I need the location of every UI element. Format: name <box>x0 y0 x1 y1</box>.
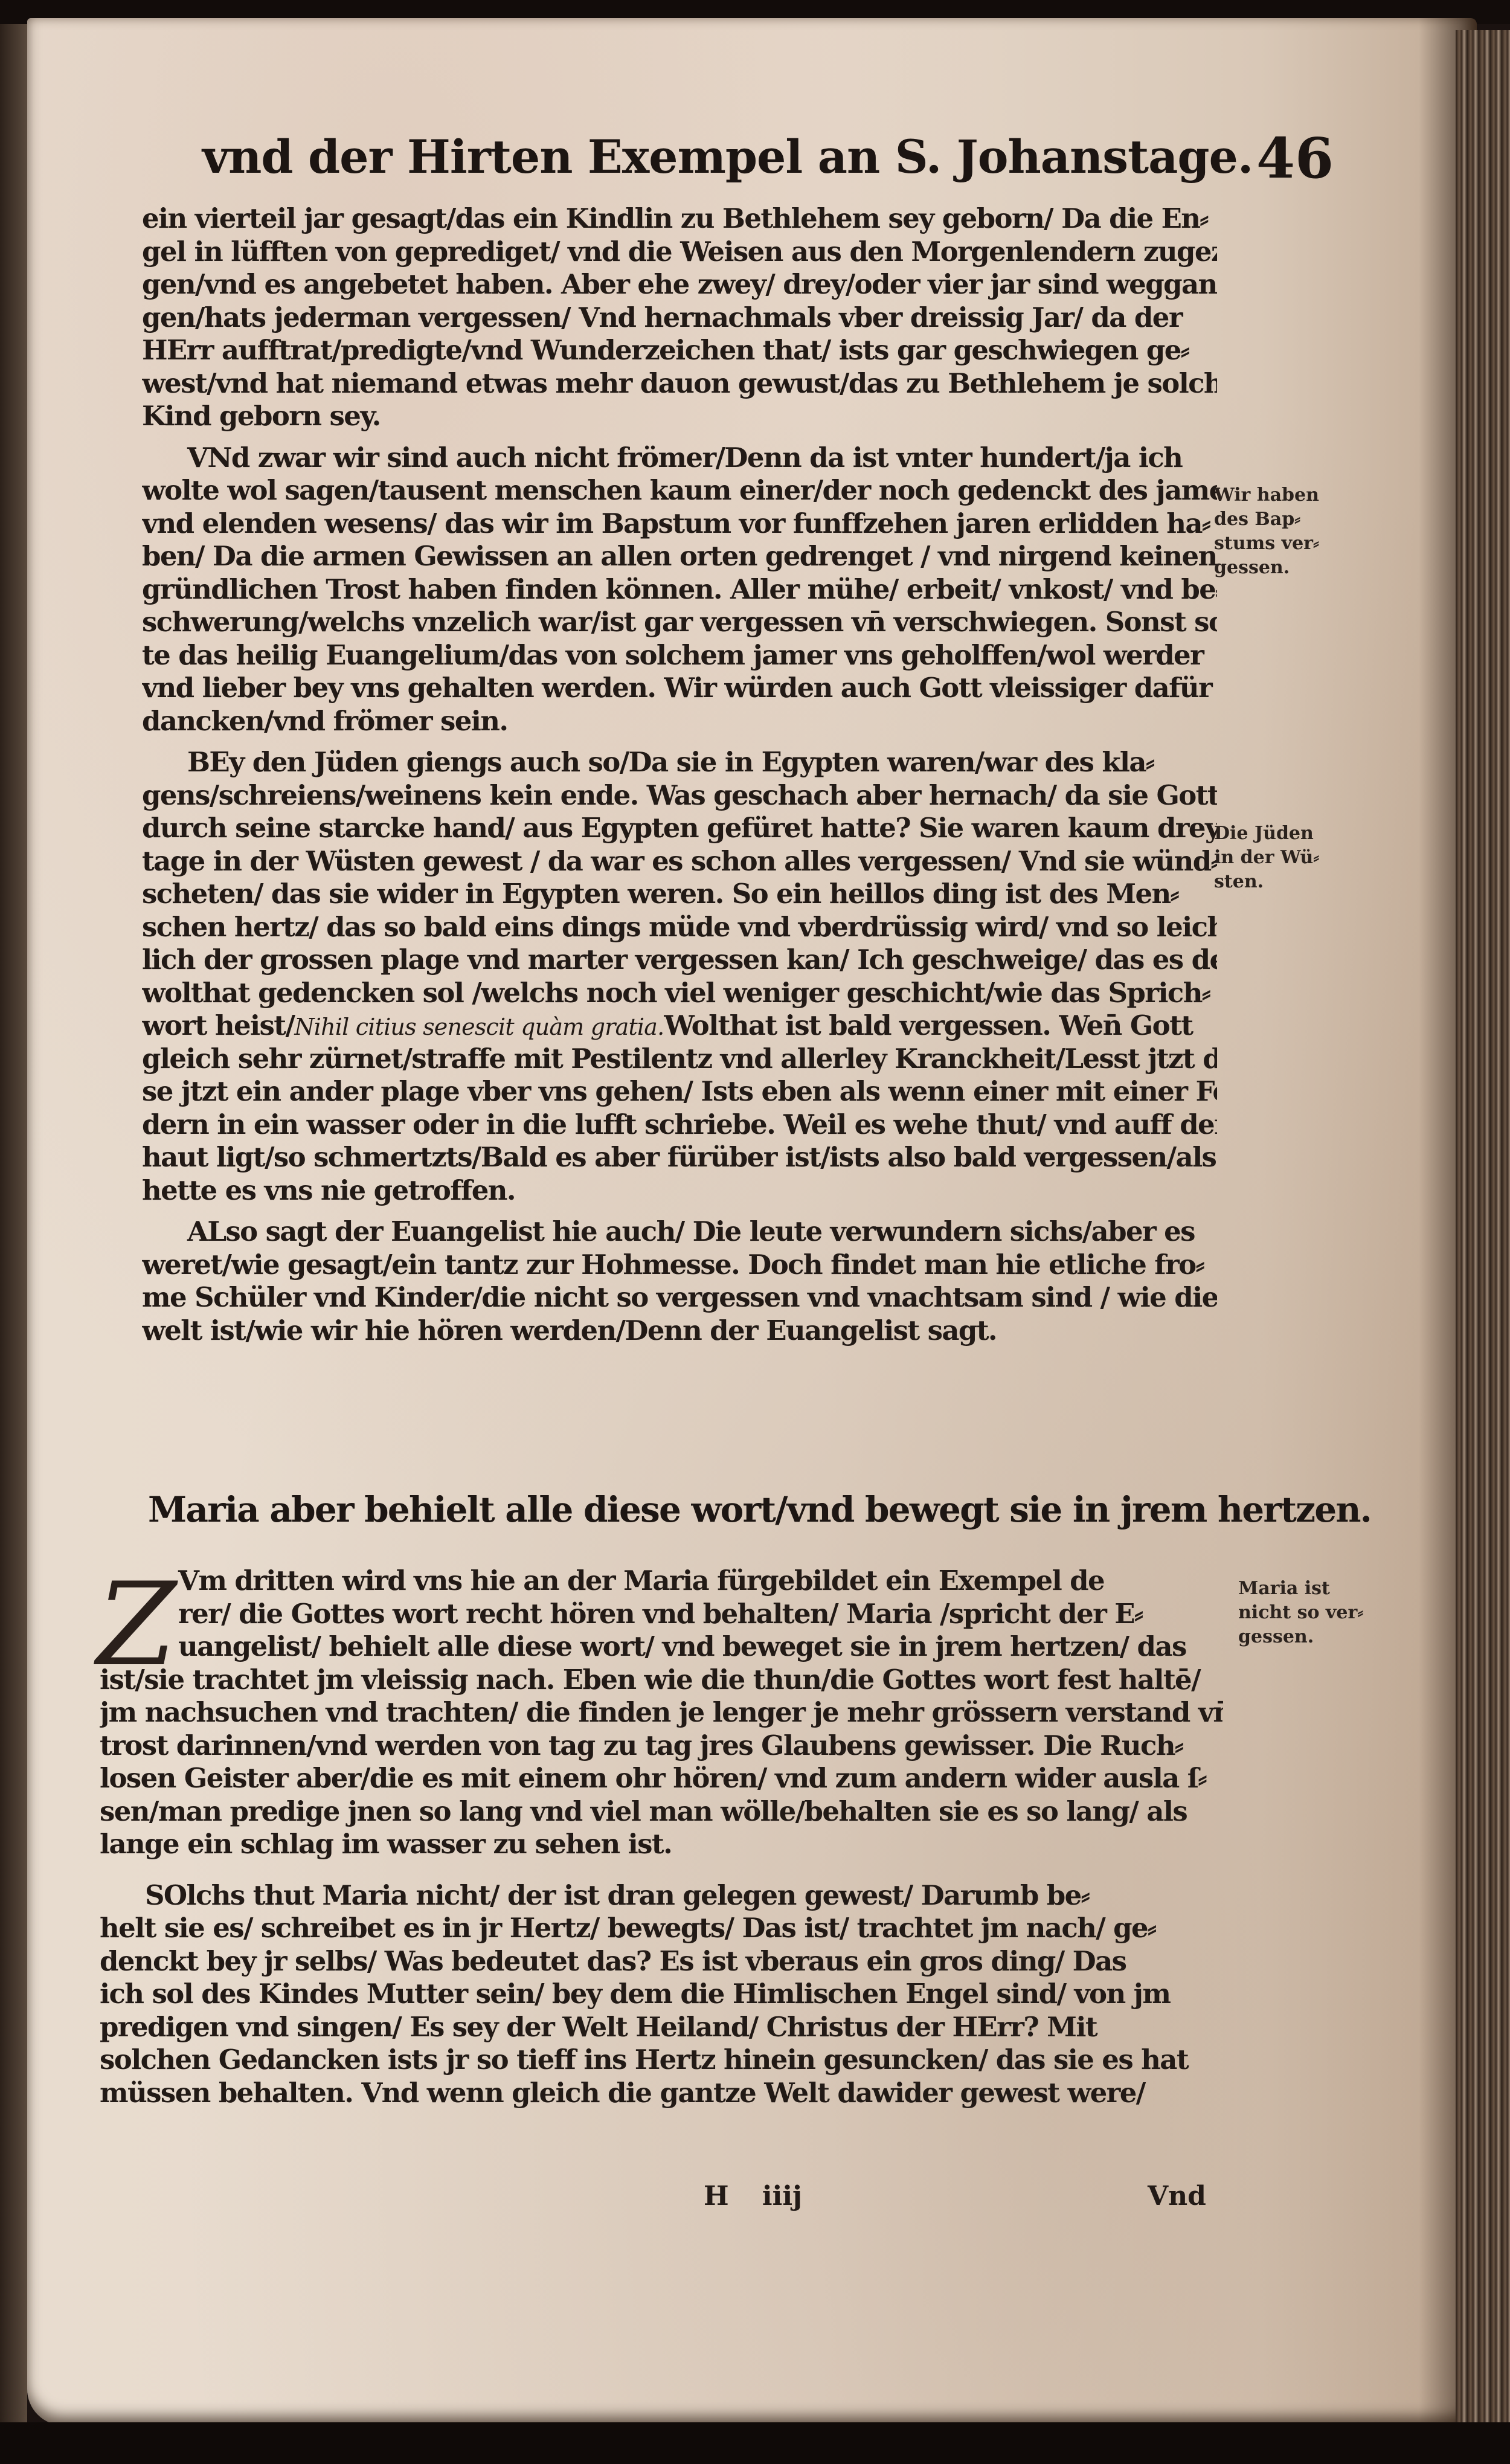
page-fore-edges <box>1456 30 1510 2422</box>
text-line: se jtzt ein ander plage vber vns gehen/ … <box>142 1075 1217 1108</box>
paragraph: VNd zwar wir sind auch nicht frömer/Denn… <box>142 442 1217 738</box>
text-line: ich sol des Kindes Mutter sein/ bey dem … <box>100 1978 1223 2011</box>
text-line: VNd zwar wir sind auch nicht frömer/Denn… <box>142 442 1217 475</box>
text-line: scheten/ das sie wider in Egypten weren.… <box>142 878 1217 911</box>
text-line: wolthat gedencken sol /welchs noch viel … <box>142 977 1217 1010</box>
text-line: rer/ die Gottes wort recht hören vnd beh… <box>100 1598 1223 1631</box>
paragraph: ein vierteil jar gesagt/das ein Kindlin … <box>142 202 1217 433</box>
margin-line: stums ver⸗ <box>1214 532 1365 556</box>
text-line: Vm dritten wird vns hie an der Maria für… <box>100 1565 1223 1598</box>
text-line: west/vnd hat niemand etwas mehr dauon ge… <box>142 367 1217 400</box>
text-line: gen/hats jederman vergessen/ Vnd hernach… <box>142 301 1217 335</box>
paragraph: Vm dritten wird vns hie an der Maria für… <box>100 1565 1223 1861</box>
margin-line: Maria ist <box>1238 1577 1389 1601</box>
text-line: weret/wie gesagt/ein tantz zur Hohmesse.… <box>142 1249 1217 1282</box>
text-line: te das heilig Euangelium/das von solchem… <box>142 639 1217 672</box>
text-line: trost darinnen/vnd werden von tag zu tag… <box>100 1729 1223 1763</box>
text-line: hette es vns nie getroffen. <box>142 1174 1217 1208</box>
text-line: SOlchs thut Maria nicht/ der ist dran ge… <box>100 1879 1223 1912</box>
signature-mark: H iiij <box>704 2181 802 2211</box>
text-line: me Schüler vnd Kinder/die nicht so verge… <box>142 1281 1217 1314</box>
text-line: gen/vnd es angebetet haben. Aber ehe zwe… <box>142 268 1217 301</box>
running-header: vnd der Hirten Exempel an S. Johanstage. <box>202 130 1229 202</box>
text-line: losen Geister aber/die es mit einem ohr … <box>100 1762 1223 1795</box>
margin-line: des Bap⸗ <box>1214 507 1365 532</box>
text-line: gel in lüfften von geprediget/ vnd die W… <box>142 236 1217 269</box>
margin-line: nicht so ver⸗ <box>1238 1601 1389 1625</box>
scan-bottom-background <box>0 2422 1510 2464</box>
margin-line: in der Wü⸗ <box>1214 846 1365 870</box>
text-line: denckt bey jr selbs/ Was bedeutet das? E… <box>100 1945 1223 1978</box>
text-line: müssen behalten. Vnd wenn gleich die gan… <box>100 2077 1223 2110</box>
text-line: gründlichen Trost haben finden können. A… <box>142 573 1217 606</box>
paragraph: ALso sagt der Euangelist hie auch/ Die l… <box>142 1215 1217 1347</box>
text-line: welt ist/wie wir hie hören werden/Denn d… <box>142 1314 1217 1348</box>
margin-line: gessen. <box>1214 556 1365 580</box>
text-fragment: Wolthat ist bald vergessen. Wen̄ Gott <box>664 1009 1192 1041</box>
text-line: helt sie es/ schreibet es in jr Hertz/ b… <box>100 1912 1223 1945</box>
text-line: lich der grossen plage vnd marter verges… <box>142 944 1217 977</box>
text-line: HErr aufftrat/predigte/vnd Wunderzeichen… <box>142 334 1217 367</box>
margin-line: gessen. <box>1238 1625 1389 1649</box>
margin-line: sten. <box>1214 870 1365 894</box>
text-line: vnd elenden wesens/ das wir im Bapstum v… <box>142 507 1217 541</box>
marginal-note: Maria ist nicht so ver⸗ gessen. <box>1238 1577 1389 1649</box>
text-fragment: wort heist/ <box>142 1009 294 1041</box>
text-line: sen/man predige jnen so lang vnd viel ma… <box>100 1795 1223 1829</box>
text-line: BEy den Jüden giengs auch so/Da sie in E… <box>142 746 1217 779</box>
catchword: Vnd <box>1148 2181 1206 2211</box>
text-line-with-latin: wort heist/Nihil citius senescit quàm gr… <box>142 1009 1217 1043</box>
text-line: wolte wol sagen/tausent menschen kaum ei… <box>142 474 1217 507</box>
text-line: gleich sehr zürnet/straffe mit Pestilent… <box>142 1043 1217 1076</box>
text-line: durch seine starcke hand/ aus Egypten ge… <box>142 812 1217 845</box>
paragraph: SOlchs thut Maria nicht/ der ist dran ge… <box>100 1879 1223 2110</box>
text-line: vnd lieber bey vns gehalten werden. Wir … <box>142 672 1217 705</box>
scripture-subheading: Maria aber behielt alle diese wort/vnd b… <box>148 1489 1371 1530</box>
text-line: solchen Gedancken ists jr so tieff ins H… <box>100 2044 1223 2077</box>
text-line: ben/ Da die armen Gewissen an allen orte… <box>142 540 1217 573</box>
text-block-upper: ein vierteil jar gesagt/das ein Kindlin … <box>142 202 1217 1347</box>
text-line: Kind geborn sey. <box>142 400 1217 433</box>
text-line: uangelist/ behielt alle diese wort/ vnd … <box>100 1630 1223 1664</box>
text-line: haut ligt/so schmertzts/Bald es aber für… <box>142 1141 1217 1174</box>
marginal-note: Wir haben des Bap⸗ stums ver⸗ gessen. <box>1214 483 1365 580</box>
text-line: dern in ein wasser oder in die lufft sch… <box>142 1108 1217 1142</box>
text-line: gens/schreiens/weinens kein ende. Was ge… <box>142 779 1217 812</box>
margin-line: Wir haben <box>1214 483 1365 507</box>
text-line: lange ein schlag im wasser zu sehen ist. <box>100 1828 1223 1861</box>
text-line: ALso sagt der Euangelist hie auch/ Die l… <box>142 1215 1217 1249</box>
text-line: ist/sie trachtet jm vleissig nach. Eben … <box>100 1664 1223 1697</box>
text-line: dancken/vnd frömer sein. <box>142 705 1217 738</box>
text-line: ein vierteil jar gesagt/das ein Kindlin … <box>142 202 1217 236</box>
text-line: jm nachsuchen vnd trachten/ die finden j… <box>100 1696 1223 1729</box>
text-block-lower: Vm dritten wird vns hie an der Maria für… <box>100 1565 1223 2109</box>
binding-left-edge <box>0 24 27 2428</box>
text-line: tage in der Wüsten gewest / da war es sc… <box>142 845 1217 878</box>
text-line: schwerung/welchs vnzelich war/ist gar ve… <box>142 606 1217 639</box>
paragraph: BEy den Jüden giengs auch so/Da sie in E… <box>142 746 1217 1207</box>
margin-line: Die Jüden <box>1214 822 1365 846</box>
marginal-note: Die Jüden in der Wü⸗ sten. <box>1214 822 1365 894</box>
text-line: predigen vnd singen/ Es sey der Welt Hei… <box>100 2011 1223 2044</box>
latin-quotation: Nihil citius senescit quàm gratia. <box>294 1014 664 1040</box>
folio-number: 46 <box>1256 126 1334 191</box>
text-line: schen hertz/ das so bald eins dings müde… <box>142 911 1217 944</box>
